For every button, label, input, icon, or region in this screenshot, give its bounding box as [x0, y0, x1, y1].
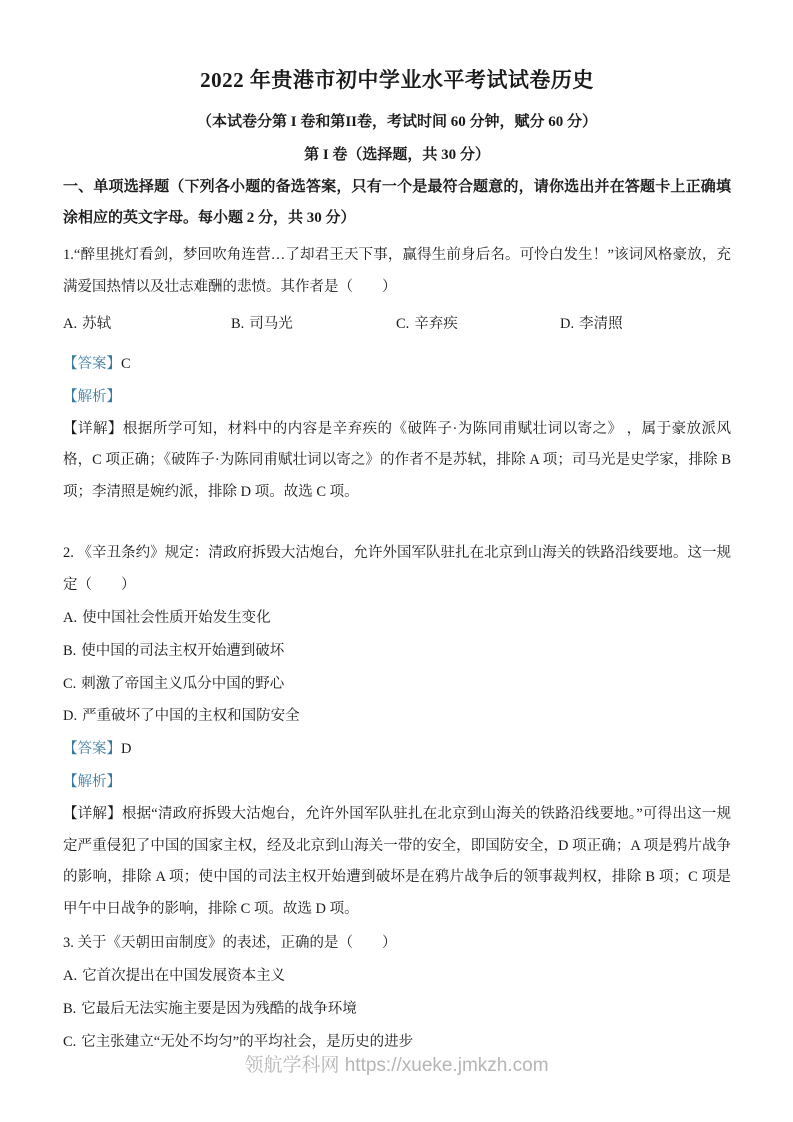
question-1-option-a: A.苏轼 [63, 309, 231, 341]
question-1-stem: 1.“醉里挑灯看剑，梦回吹角连营…了却君王天下事，赢得生前身后名。可怜白发生！”… [63, 240, 731, 304]
question-3-stem-text: 关于《天朝田亩制度》的表述，正确的是（ ） [78, 935, 397, 951]
question-3-number: 3. [63, 935, 74, 951]
question-1-detail: 【详解】根据所学可知，材料中的内容是辛弃疾的《破阵子·为陈同甫赋壮词以寄之》 ，… [63, 414, 731, 510]
question-3-stem: 3. 关于《天朝田亩制度》的表述，正确的是（ ） [63, 928, 731, 960]
option-b-label: B. [231, 316, 244, 332]
watermark: 领航学科网 https://xueke.jmkzh.com [0, 1050, 793, 1077]
option-a-text: 使中国社会性质开始发生变化 [82, 610, 271, 626]
detail-label: 【详解】 [63, 421, 123, 437]
question-1-option-d: D.李清照 [560, 309, 731, 341]
question-3: 3. 关于《天朝田亩制度》的表述，正确的是（ ） A.它首次提出在中国发展资本主… [63, 928, 731, 1058]
question-2-detail-text: 根据“清政府拆毁大沽炮台，允许外国军队驻扎在北京到山海关的铁路沿线要地。”可得出… [63, 806, 731, 918]
question-1-detail-text: 根据所学可知，材料中的内容是辛弃疾的《破阵子·为陈同甫赋壮词以寄之》 ，属于豪放… [63, 421, 731, 501]
option-c-label: C. [396, 316, 409, 332]
exam-page: 2022 年贵港市初中学业水平考试试卷历史 （本试卷分第 I 卷和第II卷，考试… [0, 0, 793, 1058]
option-d-label: D. [63, 708, 77, 724]
option-c-label: C. [63, 676, 76, 692]
option-b-text: 它最后无法实施主要是因为残酷的战争环境 [81, 1001, 357, 1017]
analysis-label: 【解析】 [63, 389, 121, 405]
option-c-label: C. [63, 1034, 76, 1050]
option-c-text: 刺激了帝国主义瓜分中国的野心 [81, 676, 284, 692]
question-1-number: 1. [63, 247, 74, 263]
option-c-text: 辛弃疾 [414, 316, 458, 332]
question-1-stem-text: “醉里挑灯看剑，梦回吹角连营…了却君王天下事，赢得生前身后名。可怜白发生！”该词… [63, 247, 731, 295]
question-3-option-b: B.它最后无法实施主要是因为残酷的战争环境 [63, 993, 731, 1026]
exam-subtitle: （本试卷分第 I 卷和第II卷，考试时间 60 分钟，赋分 60 分） [63, 110, 731, 131]
question-2-stem-text: 《辛丑条约》规定：清政府拆毁大沽炮台，允许外国军队驻扎在北京到山海关的铁路沿线要… [63, 545, 731, 593]
question-1-answer-line: 【答案】C [63, 348, 731, 381]
option-d-label: D. [560, 316, 574, 332]
analysis-label: 【解析】 [63, 774, 121, 790]
question-3-option-a: A.它首次提出在中国发展资本主义 [63, 960, 731, 993]
question-1: 1.“醉里挑灯看剑，梦回吹角连营…了却君王天下事，赢得生前身后名。可怜白发生！”… [63, 240, 731, 509]
question-1-analysis-line: 【解析】 [63, 381, 731, 414]
option-a-text: 它首次提出在中国发展资本主义 [82, 968, 285, 984]
section-instructions: 一、单项选择题（下列各小题的备选答案，只有一个是最符合题意的，请你选出并在答题卡… [63, 172, 731, 234]
question-1-options: A.苏轼 B.司马光 C.辛弃疾 D.李清照 [63, 309, 731, 341]
answer-label: 【答案】 [63, 741, 121, 757]
question-2-option-d: D.严重破坏了中国的主权和国防安全 [63, 700, 731, 733]
question-2-stem: 2. 《辛丑条约》规定：清政府拆毁大沽炮台，允许外国军队驻扎在北京到山海关的铁路… [63, 538, 731, 602]
question-2-number: 2. [63, 545, 74, 561]
question-2-answer-line: 【答案】D [63, 733, 731, 766]
question-2-option-c: C.刺激了帝国主义瓜分中国的野心 [63, 668, 731, 701]
option-b-label: B. [63, 643, 76, 659]
option-c-text: 它主张建立“无处不均匀”的平均社会，是历史的进步 [81, 1034, 413, 1050]
option-b-label: B. [63, 1001, 76, 1017]
option-b-text: 使中国的司法主权开始遭到破坏 [81, 643, 284, 659]
option-a-label: A. [63, 316, 77, 332]
question-2: 2. 《辛丑条约》规定：清政府拆毁大沽炮台，允许外国军队驻扎在北京到山海关的铁路… [63, 538, 731, 926]
option-a-text: 苏轼 [82, 316, 111, 332]
question-1-option-b: B.司马光 [231, 309, 396, 341]
question-2-answer-value: D [121, 741, 131, 757]
question-1-option-c: C.辛弃疾 [396, 309, 560, 341]
option-b-text: 司马光 [249, 316, 293, 332]
question-2-detail: 【详解】根据“清政府拆毁大沽炮台，允许外国军队驻扎在北京到山海关的铁路沿线要地。… [63, 799, 731, 927]
question-2-option-a: A.使中国社会性质开始发生变化 [63, 602, 731, 635]
option-a-label: A. [63, 610, 77, 626]
question-2-analysis-line: 【解析】 [63, 766, 731, 799]
option-a-label: A. [63, 968, 77, 984]
question-2-option-b: B.使中国的司法主权开始遭到破坏 [63, 635, 731, 668]
question-1-answer-value: C [121, 356, 131, 372]
page-title: 2022 年贵港市初中学业水平考试试卷历史 [63, 64, 731, 94]
option-d-text: 严重破坏了中国的主权和国防安全 [82, 708, 300, 724]
exam-section-heading: 第 I 卷（选择题，共 30 分） [63, 143, 731, 164]
detail-label: 【详解】 [63, 806, 122, 822]
option-d-text: 李清照 [579, 316, 623, 332]
answer-label: 【答案】 [63, 356, 121, 372]
